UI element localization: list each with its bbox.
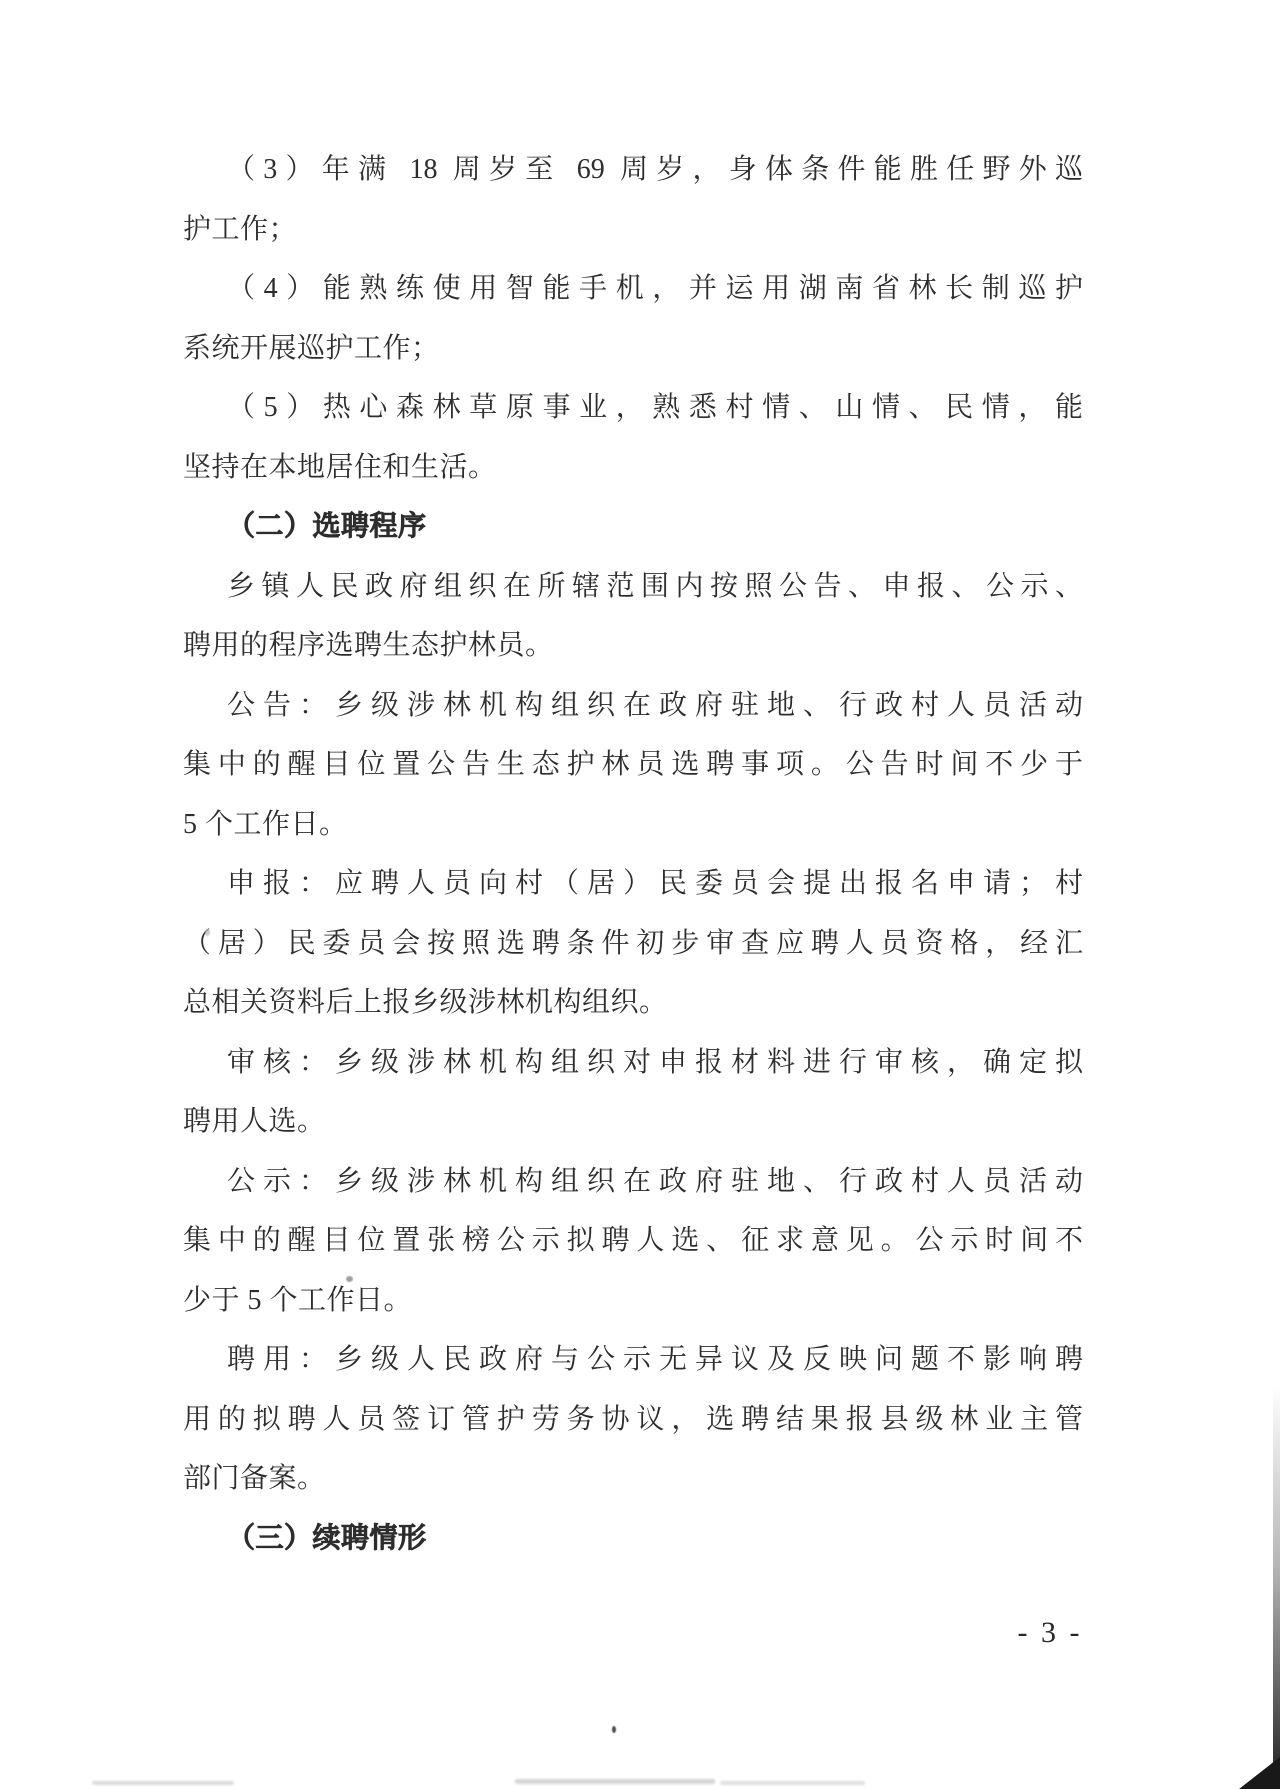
text-line: 系统开展巡护工作； xyxy=(183,319,1083,379)
ink-dot-artifact xyxy=(612,1726,616,1733)
text-line: 少于 5 个工作日。 xyxy=(183,1271,1083,1331)
scan-smudge-artifact xyxy=(720,1781,865,1785)
text-line: 审核：乡级涉林机构组织对申报材料进行审核，确定拟 xyxy=(183,1033,1083,1093)
section-heading: （二）选聘程序 xyxy=(183,497,1083,557)
scanned-document-page: （3）年满 18 周岁至 69 周岁，身体条件能胜任野外巡护工作；（4）能熟练使… xyxy=(0,0,1280,1789)
document-body: （3）年满 18 周岁至 69 周岁，身体条件能胜任野外巡护工作；（4）能熟练使… xyxy=(183,140,1083,1568)
text-line: 坚持在本地居住和生活。 xyxy=(183,438,1083,498)
text-line: （4）能熟练使用智能手机，并运用湖南省林长制巡护 xyxy=(183,259,1083,319)
text-line: 公示：乡级涉林机构组织在政府驻地、行政村人员活动 xyxy=(183,1152,1083,1212)
text-line: 护工作； xyxy=(183,200,1083,260)
text-line: 申报：应聘人员向村（居）民委员会提出报名申请；村 xyxy=(183,854,1083,914)
text-line: （居）民委员会按照选聘条件初步审查应聘人员资格，经汇 xyxy=(183,914,1083,974)
scan-smudge-artifact xyxy=(515,1779,715,1784)
text-line: 聘用人选。 xyxy=(183,1092,1083,1152)
text-line: 用的拟聘人员签订管护劳务协议，选聘结果报县级林业主管 xyxy=(183,1390,1083,1450)
text-line: 乡镇人民政府组织在所辖范围内按照公告、申报、公示、 xyxy=(183,557,1083,617)
text-line: 部门备案。 xyxy=(183,1449,1083,1509)
text-line: 集中的醒目位置张榜公示拟聘人选、征求意见。公示时间不 xyxy=(183,1211,1083,1271)
text-line: 总相关资料后上报乡级涉林机构组织。 xyxy=(183,973,1083,1033)
text-line: （3）年满 18 周岁至 69 周岁，身体条件能胜任野外巡 xyxy=(183,140,1083,200)
text-line: 聘用：乡级人民政府与公示无异议及反映问题不影响聘 xyxy=(183,1330,1083,1390)
scan-smudge-artifact xyxy=(92,1781,234,1785)
text-line: （5）热心森林草原事业，熟悉村情、山情、民情，能 xyxy=(183,378,1083,438)
page-number: - 3 - xyxy=(1000,1613,1100,1653)
text-line: 公告：乡级涉林机构组织在政府驻地、行政村人员活动 xyxy=(183,676,1083,736)
scan-corner-artifact xyxy=(1239,1757,1280,1789)
ink-dot-artifact xyxy=(346,1276,353,1282)
section-heading: （三）续聘情形 xyxy=(183,1509,1083,1569)
text-line: 聘用的程序选聘生态护林员。 xyxy=(183,616,1083,676)
scan-edge-shadow xyxy=(1273,1385,1280,1789)
text-line: 5 个工作日。 xyxy=(183,795,1083,855)
text-line: 集中的醒目位置公告生态护林员选聘事项。公告时间不少于 xyxy=(183,735,1083,795)
